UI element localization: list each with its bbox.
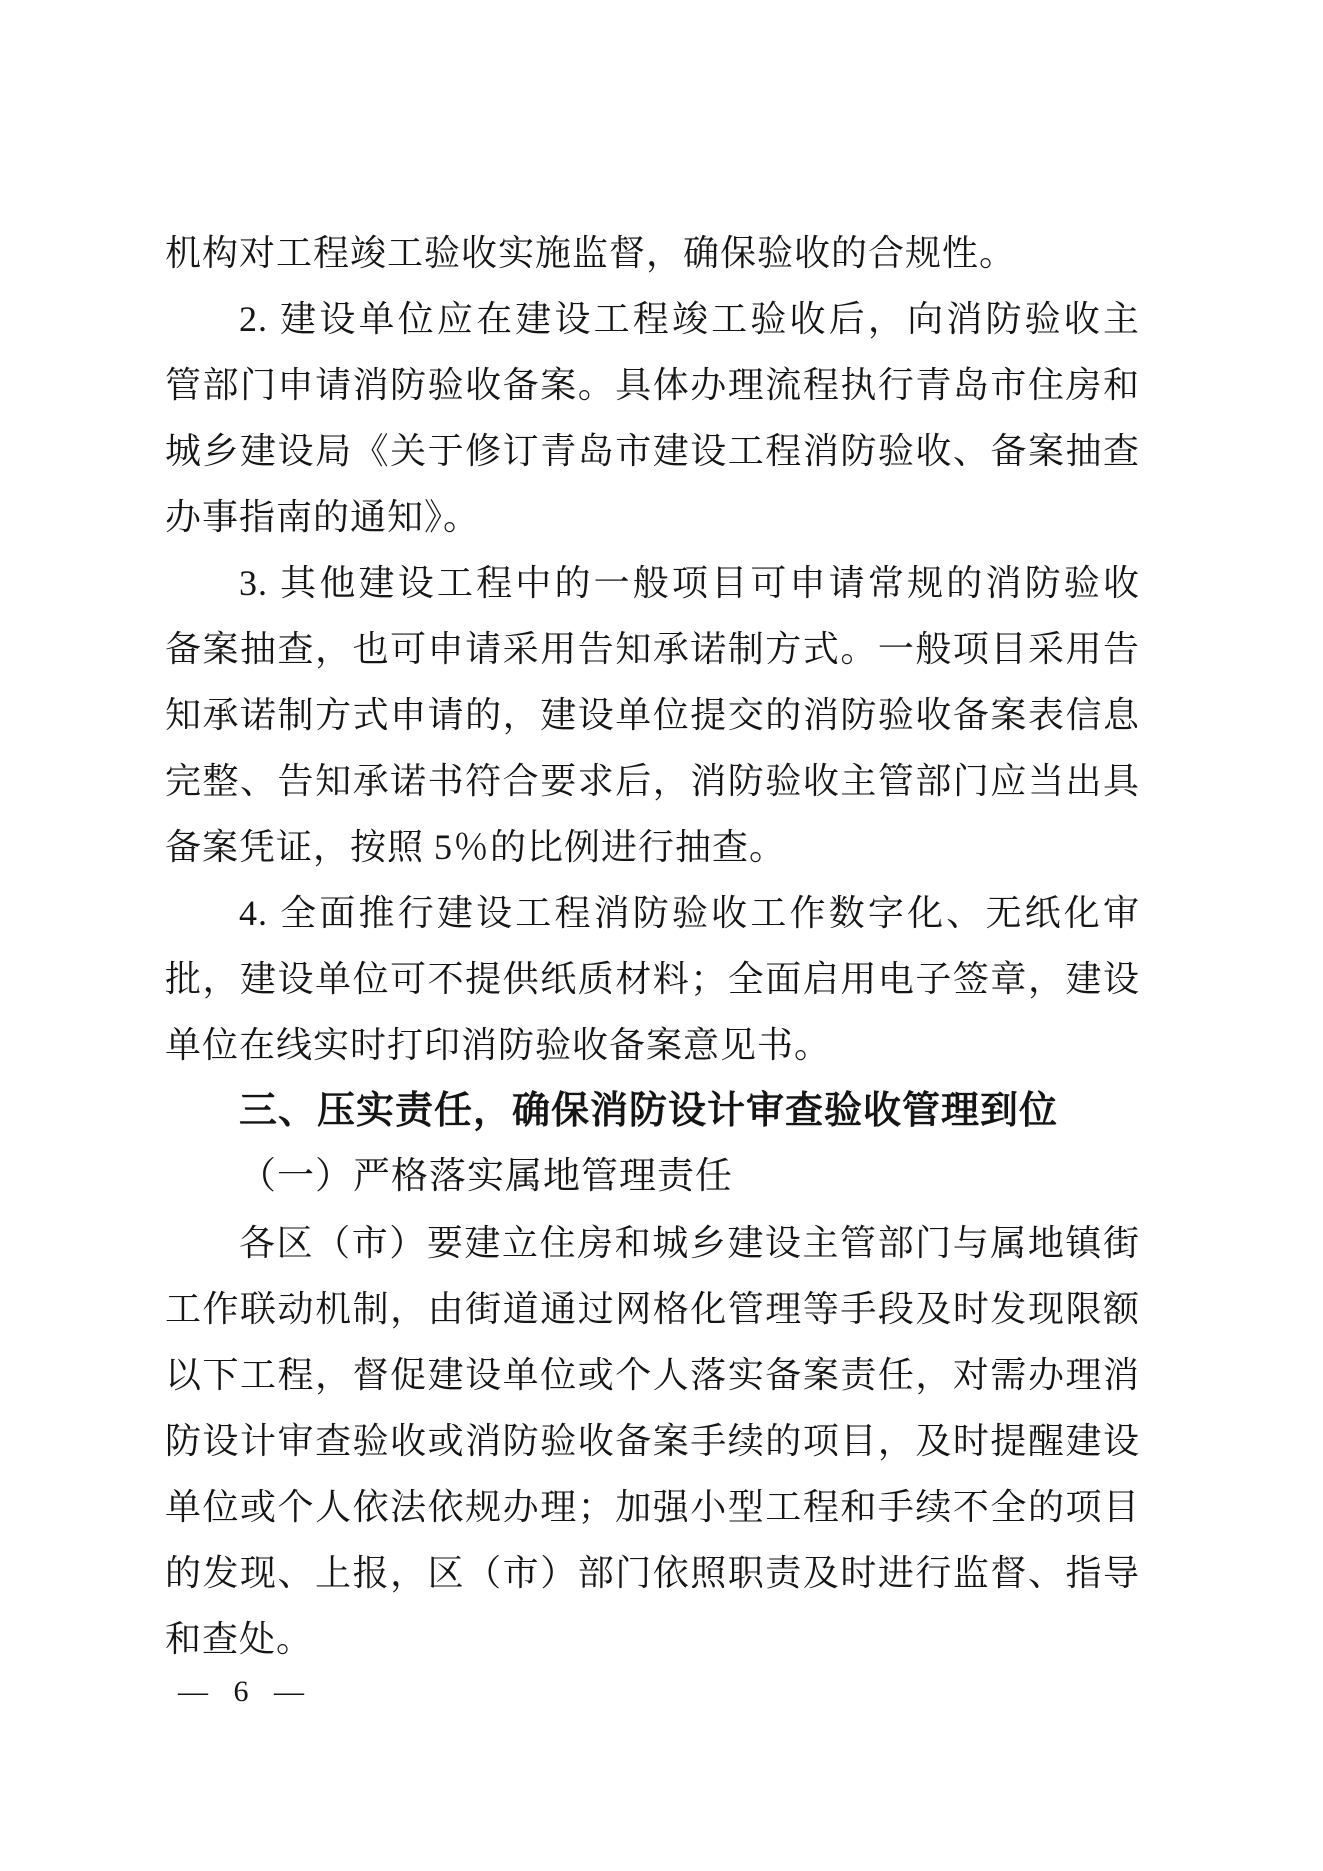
body-line: 2. 建设单位应在建设工程竣工验收后，向消防验收主: [165, 286, 1140, 352]
document-body: 机构对工程竣工验收实施监督，确保验收的合规性。 2. 建设单位应在建设工程竣工验…: [165, 220, 1140, 1672]
body-line: 备案凭证，按照 5％的比例进行抽查。: [165, 814, 1140, 880]
body-line: 和查处。: [165, 1606, 1140, 1672]
body-line: 知承诺制方式申请的，建设单位提交的消防验收备案表信息: [165, 682, 1140, 748]
body-line: 备案抽查，也可申请采用告知承诺制方式。一般项目采用告: [165, 616, 1140, 682]
body-line: 管部门申请消防验收备案。具体办理流程执行青岛市住房和: [165, 352, 1140, 418]
subsection-heading: （一）严格落实属地管理责任: [165, 1144, 1140, 1210]
body-line: 的发现、上报，区（市）部门依照职责及时进行监督、指导: [165, 1540, 1140, 1606]
section-heading: 三、压实责任，确保消防设计审查验收管理到位: [165, 1078, 1140, 1144]
page-number: — 6 —: [178, 1672, 306, 1712]
body-line: 完整、告知承诺书符合要求后，消防验收主管部门应当出具: [165, 748, 1140, 814]
body-line: 以下工程，督促建设单位或个人落实备案责任，对需办理消: [165, 1342, 1140, 1408]
body-line: 各区（市）要建立住房和城乡建设主管部门与属地镇街: [165, 1210, 1140, 1276]
body-line: 3. 其他建设工程中的一般项目可申请常规的消防验收: [165, 550, 1140, 616]
body-line: 办事指南的通知》。: [165, 484, 1140, 550]
body-line: 单位或个人依法依规办理；加强小型工程和手续不全的项目: [165, 1474, 1140, 1540]
body-line: 4. 全面推行建设工程消防验收工作数字化、无纸化审: [165, 880, 1140, 946]
body-line: 单位在线实时打印消防验收备案意见书。: [165, 1012, 1140, 1078]
body-line: 机构对工程竣工验收实施监督，确保验收的合规性。: [165, 220, 1140, 286]
body-line: 批，建设单位可不提供纸质材料；全面启用电子签章，建设: [165, 946, 1140, 1012]
body-line: 防设计审查验收或消防验收备案手续的项目，及时提醒建设: [165, 1408, 1140, 1474]
document-page: 机构对工程竣工验收实施监督，确保验收的合规性。 2. 建设单位应在建设工程竣工验…: [0, 0, 1323, 1871]
body-line: 工作联动机制，由街道通过网格化管理等手段及时发现限额: [165, 1276, 1140, 1342]
body-line: 城乡建设局《关于修订青岛市建设工程消防验收、备案抽查: [165, 418, 1140, 484]
